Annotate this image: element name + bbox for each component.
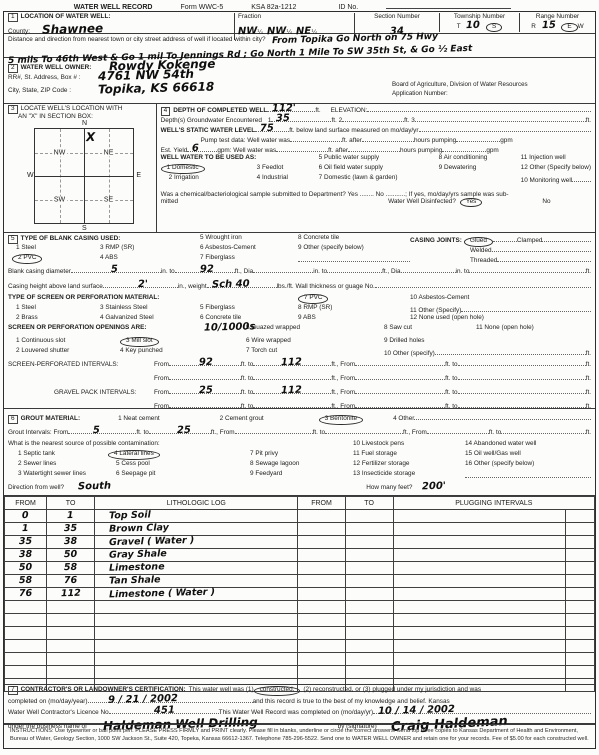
- contamination-option-6: 6 Seepage pit: [108, 471, 250, 481]
- gpm-label: gpm: [486, 148, 498, 155]
- quadrant-ne-label: NE: [102, 149, 116, 156]
- form-header: WATER WELL RECORD Form WWC-5 KSA 82a-121…: [0, 1, 599, 11]
- openings-value: 10/1000s: [204, 322, 256, 333]
- static-level-label: WELL'S STATIC WATER LEVEL: [161, 128, 256, 135]
- use-option-4: 4 Industrial: [257, 175, 319, 185]
- ft-from-label: ft., From: [331, 376, 355, 383]
- elevation-field: [367, 105, 591, 112]
- grout-option-1: 1 Neat cement: [118, 416, 160, 423]
- completed-date-field: 9 / 21 / 2002: [88, 696, 253, 703]
- section1-location: 1LOCATION OF WATER WELL: County: Shawnee…: [4, 12, 595, 34]
- ft-from-label: ft., From: [331, 390, 355, 397]
- ft-to-label: ft. to: [445, 390, 457, 397]
- hours-pumping-label: hours pumping: [400, 148, 442, 155]
- casing-diameter-field: 5: [71, 266, 161, 273]
- joints-welded: Welded: [470, 248, 492, 255]
- log-from: 38: [19, 550, 32, 560]
- ft-to-label: ft. to: [241, 362, 253, 369]
- log-empty-row: [5, 601, 595, 614]
- yield-hours-field: [348, 145, 400, 152]
- ft-3-label: ft. 3: [404, 118, 415, 125]
- grout2-from-field: [235, 427, 313, 434]
- clamped-field: [542, 235, 591, 242]
- range-value: 15: [542, 21, 556, 31]
- township-cell: Township Number T 10 S: [439, 13, 519, 32]
- log-row: 01Top Soil: [5, 510, 595, 523]
- from-label: From: [154, 362, 169, 369]
- screen-interval2-from-field: [355, 359, 445, 366]
- log-header-plugging: PLUGGING INTERVALS: [393, 497, 594, 510]
- use-option-2: 2 Irrigation: [161, 175, 257, 185]
- range-w: W: [578, 23, 584, 30]
- elevation-label: ELEVATION:: [331, 108, 368, 115]
- log-header-from: FROM: [5, 497, 47, 510]
- log-to: 58: [64, 563, 77, 573]
- grout-to-field: 25: [149, 427, 211, 434]
- in-to-label: in. to: [456, 269, 470, 276]
- openings-option-9: 9 Drilled holes: [384, 338, 591, 348]
- screen-intervals-label: SCREEN-PERFORATED INTERVALS:: [8, 362, 154, 369]
- other-casing-field: [298, 255, 410, 262]
- yield-level-field: [276, 145, 328, 152]
- range-east-circled: E: [561, 23, 577, 33]
- ft-label: ft.: [586, 390, 591, 397]
- log-empty-row: [5, 614, 595, 627]
- range-r: R: [531, 23, 536, 30]
- log-to: 76: [64, 576, 77, 586]
- log-from: 50: [19, 563, 32, 573]
- log-header-from2: FROM: [298, 497, 345, 510]
- log-desc: Top Soil: [109, 511, 151, 522]
- pump-level-field: [290, 135, 342, 142]
- log-from: 35: [19, 537, 32, 547]
- log-row: 5058Limestone: [5, 562, 595, 575]
- contamination-option-13: 13 Insecticide storage: [353, 471, 465, 481]
- completed-on-label: completed on (mo/day/year): [8, 699, 88, 706]
- casing-option-2-circled: 2 PVC: [12, 254, 42, 264]
- section3-locate: 3LOCATE WELL'S LOCATION WITH AN "X" IN S…: [4, 104, 157, 232]
- log-from: 0: [22, 511, 29, 521]
- ft-dia-label: ft., Dia: [235, 269, 253, 276]
- screen-other-field: [461, 305, 591, 312]
- log-to: 38: [64, 537, 77, 547]
- static-level-value: 75: [260, 124, 274, 134]
- groundwater-label: Depth(s) Groundwater Encountered: [161, 118, 262, 125]
- contamination-option-4-circled: 4 Lateral lines: [108, 450, 160, 460]
- log-desc: Brown Clay: [109, 523, 169, 534]
- grout-to-value: 25: [177, 426, 191, 436]
- disinfected-no: No: [542, 199, 550, 206]
- ft-to-label: ft. to: [445, 376, 457, 383]
- grout-option-2: 2 Cement grout: [220, 416, 264, 423]
- section4-title: DEPTH OF COMPLETED WELL: [173, 107, 267, 114]
- section5-casing: 5TYPE OF BLANK CASING USED: 5 Wrought ir…: [4, 233, 595, 409]
- log-header-to2: TO: [345, 497, 393, 510]
- log-empty-row: [5, 627, 595, 640]
- instructions-footer: INSTRUCTIONS: Use typewriter or ball poi…: [4, 724, 595, 749]
- screen-interval-to-field: 112: [253, 359, 331, 366]
- log-to: 50: [64, 550, 77, 560]
- id-label: ID No.: [324, 1, 525, 11]
- joints-threaded: Threaded: [470, 258, 497, 265]
- grout-option-4: 4 Other: [393, 416, 414, 423]
- section-number-label: Section Number: [358, 14, 436, 21]
- hours-pumping-label: hours pumping: [414, 138, 456, 145]
- openings-option-3-circled: 3 Mill slot: [120, 337, 159, 347]
- gravel-from-value: 25: [199, 386, 213, 396]
- screen-interval4-from-field: [355, 373, 445, 380]
- screen-interval-to: 112: [281, 358, 302, 369]
- section3-title-line1: LOCATE WELL'S LOCATION WITH: [21, 105, 123, 112]
- gravel2-to-field: [458, 387, 586, 394]
- dia3-field: [401, 266, 456, 273]
- pump-hours-field: [362, 135, 414, 142]
- screen-material-title: TYPE OF SCREEN OR PERFORATION MATERIAL:: [8, 295, 298, 305]
- quadrant-nw-label: NW: [52, 149, 68, 156]
- compass-east: E: [136, 172, 141, 179]
- joints-welded-row: Welded: [410, 245, 591, 255]
- dia2-depth-field: [327, 266, 382, 273]
- from-label: From: [154, 376, 169, 383]
- ft-to-label: ft. to: [136, 430, 148, 437]
- grout2-to-field: [325, 427, 403, 434]
- log-row: 135Brown Clay: [5, 523, 595, 536]
- use-option-7: 7 Domestic (lawn & garden): [319, 175, 521, 185]
- township-direction-circled: S: [486, 23, 502, 33]
- threaded-field: [497, 255, 591, 262]
- record-date-value: 10 / 14 / 2002: [378, 705, 455, 717]
- gravel4-to-field: [458, 401, 586, 408]
- casing-option-7: 7 Fiberglass: [200, 255, 298, 265]
- grout3-to-field: [501, 427, 585, 434]
- cert-pre-text: This water well was (1): [189, 687, 254, 694]
- how-many-feet-label: How many feet?: [366, 485, 412, 492]
- screen-interval3-to-field: [253, 373, 331, 380]
- constructed-circled: constructed,: [254, 686, 301, 696]
- direction-from-well-label: Direction from well?: [8, 485, 64, 492]
- distance-label: Distance and direction from nearest town…: [8, 37, 266, 44]
- gravel3-to-field: [253, 401, 331, 408]
- licence-value: 451: [154, 706, 175, 717]
- section5-number: 5: [8, 235, 18, 244]
- form-number: Form WWC-5: [180, 4, 223, 11]
- ft-label: ft.: [586, 430, 591, 437]
- pump-gpm-field: [456, 135, 500, 142]
- pump-test-label: Pump test data: Well water was: [201, 138, 290, 145]
- glued-field: [493, 235, 517, 242]
- casing-diameter-value: 5: [111, 265, 118, 275]
- licence-label: Water Well Contractor's Licence No: [8, 710, 109, 717]
- section2-number: 2: [8, 64, 18, 73]
- log-row: 3850Gray Shale: [5, 549, 595, 562]
- use-option-1-circled: 1 Domestic: [161, 164, 205, 174]
- section4-number: 4: [161, 107, 171, 116]
- ft-from-label: ft., From: [331, 362, 355, 369]
- disinfected-yes-circled: Yes: [460, 198, 482, 208]
- static-level-field: 75: [255, 125, 289, 132]
- casing-height-label: Casing height above land surface: [8, 284, 103, 291]
- quadrant-se-label: SE: [102, 196, 115, 203]
- log-desc: Limestone ( Water ): [109, 588, 215, 600]
- static-level-suffix: ft. below land surface measured on mo/da…: [289, 128, 418, 135]
- screen-interval-from-field: 92: [169, 359, 241, 366]
- ft-from-label: ft., From: [211, 430, 235, 437]
- log-to: 1: [67, 511, 74, 521]
- in-to-label: in. to: [161, 269, 175, 276]
- casing-depth-value: 92: [200, 265, 214, 275]
- section2-title: WATER WELL OWNER:: [21, 64, 92, 71]
- gravel2-from-field: [355, 387, 445, 394]
- board-label: Board of Agriculture, Division of Water …: [392, 80, 528, 89]
- ft-to-label: ft. to: [241, 390, 253, 397]
- application-number-label: Application Number:: [392, 89, 528, 98]
- section6-title: GROUT MATERIAL:: [21, 415, 81, 422]
- ft-label: ft.: [586, 376, 591, 383]
- gravel-pack-label: GRAVEL PACK INTERVALS:: [8, 390, 154, 397]
- use-option-10: 10 Monitoring well: [521, 175, 591, 185]
- openings-option-10: 10 Other (specify)ft.: [384, 348, 591, 358]
- gpm-label: gpm: [500, 138, 512, 145]
- casing-joints-row: CASING JOINTS: Glued Clamped: [410, 235, 591, 245]
- log-empty-row: [5, 666, 595, 679]
- log-row: 5876Tan Shale: [5, 575, 595, 588]
- dia3-depth-field: [469, 266, 585, 273]
- yield-value: 6: [192, 144, 199, 154]
- casing-diameter-label: Blank casing diameter: [8, 269, 71, 276]
- log-from: 1: [22, 524, 29, 534]
- contamination-option-3: 3 Watertight sewer lines: [8, 471, 108, 481]
- log-from: 58: [19, 576, 32, 586]
- fraction-label: Fraction: [238, 14, 351, 21]
- weight-value: Sch 40: [212, 280, 250, 291]
- gravel-to-field: 112: [253, 387, 331, 394]
- compass-west: W: [27, 172, 34, 179]
- log-desc: Tan Shale: [109, 576, 161, 587]
- grout-from-value: 5: [93, 426, 100, 436]
- ksa-number: KSA 82a-1212: [251, 4, 296, 11]
- grout-from-field: 5: [68, 427, 136, 434]
- openings-option-5: 5 Guazed wrapped: [246, 325, 384, 338]
- township-value: 10: [466, 21, 480, 31]
- ft-to-label: ft. to: [489, 430, 501, 437]
- casing-depth-field: 92: [175, 266, 235, 273]
- contamination-option-16: 16 Other (specify below): [465, 461, 591, 471]
- from-label: From: [154, 390, 169, 397]
- how-many-feet-value: 200': [422, 482, 446, 493]
- compass-north: N: [82, 120, 87, 127]
- grout-intervals-label: Grout Intervals: From: [8, 430, 68, 437]
- ft-label: ft.: [586, 269, 591, 276]
- owner-city-value: Topika, KS 66618: [98, 80, 215, 95]
- log-desc: Gray Shale: [109, 549, 167, 560]
- ft-from-label: ft., From: [403, 430, 427, 437]
- ft-to-label: ft. to: [313, 430, 325, 437]
- grout-option-3-circled: 3 Bentonite: [319, 415, 363, 425]
- openings-option-7: 7 Torch cut: [246, 348, 384, 358]
- id-blank-line: [386, 1, 511, 9]
- log-to: 112: [61, 589, 81, 599]
- section7-number: 7: [8, 686, 18, 695]
- section4-depth: 4DEPTH OF COMPLETED WELL 112' ft. ELEVAT…: [157, 104, 595, 232]
- yield-gpm-field: [442, 145, 486, 152]
- in-to-label: in. to: [313, 269, 327, 276]
- weight-label: in., weight: [178, 284, 207, 291]
- gravel-from-field: 25: [169, 387, 241, 394]
- gravel3-from-field: [169, 401, 241, 408]
- section2-owner: 2WATER WELL OWNER: Rowdy Kokenge RR#, St…: [4, 58, 595, 104]
- openings-option-11: 11 None (open hole): [476, 325, 591, 338]
- dia2-field: [253, 266, 313, 273]
- log-header-row: FROM TO LITHOLOGIC LOG FROM TO PLUGGING …: [5, 497, 595, 510]
- record-date-field: 10 / 14 / 2002: [373, 707, 591, 714]
- ft-label: ft.: [586, 118, 591, 125]
- weight-field: Sch 40: [207, 281, 277, 288]
- licence-field: 451: [109, 707, 219, 714]
- ft-to-label: ft. to: [445, 362, 457, 369]
- log-from: 76: [19, 589, 32, 599]
- ft-label: ft.: [315, 108, 320, 115]
- log-row: 3538Gravel ( Water ): [5, 536, 595, 549]
- compass-south: S: [82, 225, 87, 232]
- section1-title: LOCATION OF WATER WELL:: [21, 13, 111, 20]
- screen-interval4-to-field: [458, 373, 586, 380]
- gravel-to-value: 112: [281, 386, 302, 397]
- contamination-option-9: 9 Feedyard: [250, 471, 353, 481]
- section7-certification: 7CONTRACTOR'S OR LANDOWNER'S CERTIFICATI…: [4, 684, 595, 724]
- lithologic-log-table: FROM TO LITHOLOGIC LOG FROM TO PLUGGING …: [4, 496, 595, 684]
- log-header-to: TO: [47, 497, 95, 510]
- screen-interval3-from-field: [169, 373, 241, 380]
- section1-number: 1: [8, 13, 18, 22]
- ft-dia-label: ft., Dia: [382, 269, 400, 276]
- log-desc: Gravel ( Water ): [109, 536, 195, 548]
- use-option-12: 12 Other (Specify below): [521, 165, 591, 175]
- section7-title: CONTRACTOR'S OR LANDOWNER'S CERTIFICATIO…: [21, 686, 186, 693]
- log-row: 76112Limestone ( Water ): [5, 588, 595, 601]
- form-body: 1LOCATION OF WATER WELL: County: Shawnee…: [3, 11, 596, 749]
- township-t: T: [457, 23, 461, 30]
- direction-from-well-value: South: [78, 482, 111, 493]
- owner-city-label: City, State, ZIP Code :: [8, 88, 98, 95]
- section5-title: TYPE OF BLANK CASING USED:: [21, 235, 121, 242]
- water-well-record-form: WATER WELL RECORD Form WWC-5 KSA 82a-121…: [0, 0, 599, 755]
- use-option-9: 9 Dewatering: [439, 165, 521, 175]
- openings-option-8: 8 Saw cut: [384, 325, 476, 338]
- ft-after-label: ft. after: [342, 138, 362, 145]
- screen-option-7-circled: 7 PVC: [298, 294, 328, 304]
- depth-field: 112': [267, 105, 315, 112]
- grout-other-field: [414, 413, 591, 420]
- screen-option-10: 10 Asbestos-Cement: [410, 295, 591, 305]
- form-title: WATER WELL RECORD: [74, 4, 153, 11]
- openings-other-field: [435, 348, 586, 355]
- contamination-label: What is the nearest source of possible c…: [8, 441, 353, 451]
- well-location-x-mark: X: [86, 131, 96, 143]
- section3-number: 3: [8, 105, 18, 114]
- openings-option-4: 4 Key punched: [120, 348, 246, 358]
- center-horizontal-line: [35, 176, 133, 177]
- gw-depth3-field: [415, 115, 586, 122]
- gravel4-from-field: [355, 401, 445, 408]
- monitoring-well-field: [572, 175, 591, 182]
- yield-field: 6: [187, 145, 217, 152]
- section6-grout: 6GROUT MATERIAL: 1 Neat cement 2 Cement …: [4, 409, 595, 496]
- casing-height-value: 2': [138, 280, 148, 290]
- log-empty-row: [5, 640, 595, 653]
- section6-number: 6: [8, 415, 18, 424]
- gw-depth1-value: 35: [276, 114, 290, 124]
- quadrant-sw-label: SW: [52, 196, 67, 203]
- section-box-diagram: NW NE SW SE N S W E X: [34, 128, 134, 224]
- disinfected-label: Water Well Disinfected?: [388, 199, 456, 206]
- joints-clamped: Clamped: [517, 238, 543, 245]
- weight-suffix-label: lbs./ft. Wall thickness or guage No.: [277, 284, 375, 291]
- range-cell: Range Number R 15 EW: [519, 13, 595, 32]
- casing-option-9: 9 Other (specify below): [298, 245, 410, 255]
- ft-label: ft.: [586, 362, 591, 369]
- gw-depth1-field: 35: [271, 115, 331, 122]
- instructions-text: INSTRUCTIONS: Use typewriter or ball poi…: [4, 725, 595, 745]
- screen-interval2-to-field: [458, 359, 586, 366]
- grout3-from-field: [427, 427, 489, 434]
- log-empty-row: [5, 653, 595, 666]
- section3-4-row: 3LOCATE WELL'S LOCATION WITH AN "X" IN S…: [4, 104, 595, 233]
- welded-field: [492, 245, 591, 252]
- screen-interval-from: 92: [199, 358, 213, 368]
- gw-depth2-field: [342, 115, 404, 122]
- joints-threaded-row: Threaded: [410, 255, 591, 265]
- log-to: 35: [64, 524, 77, 534]
- openings-option-2: 2 Louvered shutter: [8, 348, 120, 358]
- cert-post-text: (2) reconstructed, or (3) plugged under …: [303, 687, 481, 694]
- sample-question-line2: mitted: [161, 199, 178, 206]
- ft-to-label: ft. to: [241, 376, 253, 383]
- board-of-agriculture-block: Board of Agriculture, Division of Water …: [392, 80, 528, 99]
- casing-height-field: 2': [103, 281, 178, 288]
- static-date-field: [419, 125, 592, 132]
- log-header-litho: LITHOLOGIC LOG: [95, 497, 298, 510]
- range-label: Range Number: [523, 14, 592, 21]
- log-desc: Limestone: [109, 563, 165, 574]
- owner-address-label: RR#, St. Address, Box # :: [8, 75, 98, 82]
- contamination-other-field: [465, 471, 591, 478]
- sample-question-line1: Was a chemical/bacteriological sample su…: [161, 192, 509, 199]
- casing-joints-label: CASING JOINTS:: [410, 238, 462, 245]
- wall-thickness-field: [375, 281, 591, 288]
- ft-2-label: ft. 2: [331, 118, 342, 125]
- distance-direction-row: Distance and direction from nearest town…: [4, 34, 595, 58]
